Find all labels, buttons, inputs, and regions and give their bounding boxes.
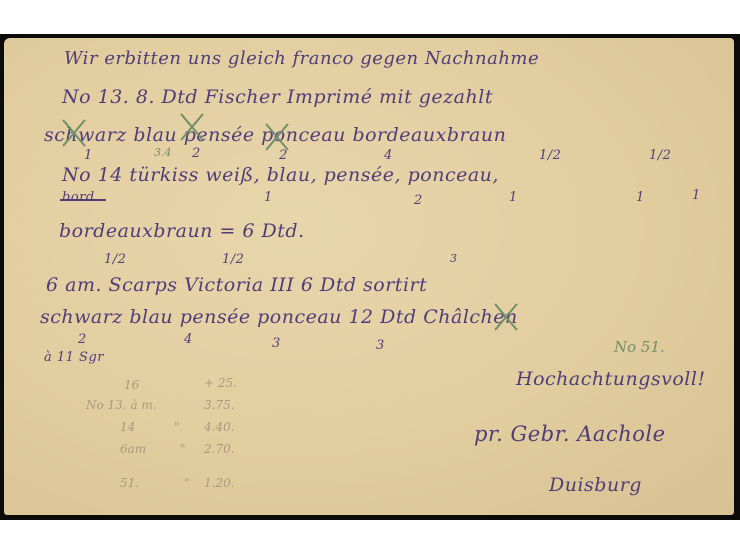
city: Duisburg	[549, 474, 642, 496]
quantity: 1	[84, 148, 93, 163]
pencil-calc: 1.20.	[204, 476, 235, 490]
green-mark: 3.4	[154, 146, 172, 159]
pencil-calc: 4.40.	[204, 420, 235, 434]
pencil-calc: + 25.	[204, 376, 237, 390]
green-check-mark	[488, 300, 522, 334]
quantity: 2	[279, 148, 288, 163]
postcard: Wir erbitten uns gleich franco gegen Nac…	[4, 38, 734, 515]
pencil-calc: "	[174, 420, 180, 434]
pencil-calc: 51.	[120, 476, 139, 490]
quantity: 2	[78, 332, 87, 347]
pencil-calc: 3.75.	[204, 398, 235, 412]
signature: pr. Gebr. Aachole	[474, 422, 666, 446]
green-order-number: No 51.	[614, 338, 665, 356]
strikethrough	[60, 199, 106, 201]
superscript-number: 3	[450, 252, 458, 265]
pencil-calc: "	[184, 476, 190, 490]
quantity: 2	[192, 146, 201, 161]
quantity: 1	[264, 190, 273, 205]
struck-word: bord	[62, 190, 95, 205]
quantity: 1	[509, 190, 518, 205]
quantity: 1/2	[104, 252, 126, 267]
handwritten-line-4: No 14 türkiss weiß, blau, pensée, poncea…	[62, 164, 499, 186]
pencil-calc: "	[180, 442, 186, 456]
quantity: 3	[376, 338, 385, 353]
quantity: 1/2	[222, 252, 244, 267]
green-check-mark	[174, 110, 208, 144]
quantity: 4	[184, 332, 193, 347]
quantity: 2	[414, 193, 423, 208]
quantity: 3	[272, 336, 281, 351]
pencil-calc: 14	[120, 420, 135, 434]
green-check-mark	[56, 116, 90, 150]
handwritten-line-6: bordeauxbraun = 6 Dtd.	[59, 220, 305, 242]
quantity: 1/2	[649, 148, 671, 163]
quantity: 4	[384, 148, 393, 163]
closing-greeting: Hochachtungsvoll!	[516, 368, 706, 390]
quantity: 1	[636, 190, 645, 205]
pencil-calc: 16	[124, 378, 139, 392]
handwritten-line-7: 6 am. Scarps Victoria III 6 Dtd sortirt	[46, 274, 427, 296]
handwritten-line-2: No 13. 8. Dtd Fischer Imprimé mit gezahl…	[62, 86, 493, 108]
pencil-calc: 6am	[120, 442, 146, 456]
pencil-calc: No 13. à m.	[86, 398, 157, 412]
pencil-calc: 2.70.	[204, 442, 235, 456]
price-note: à 11 Sgr	[44, 350, 104, 365]
handwritten-line-1: Wir erbitten uns gleich franco gegen Nac…	[64, 48, 539, 69]
quantity: 1	[692, 188, 701, 203]
quantity: 1/2	[539, 148, 561, 163]
handwritten-line-8: schwarz blau pensée ponceau 12 Dtd Châlc…	[40, 306, 518, 328]
